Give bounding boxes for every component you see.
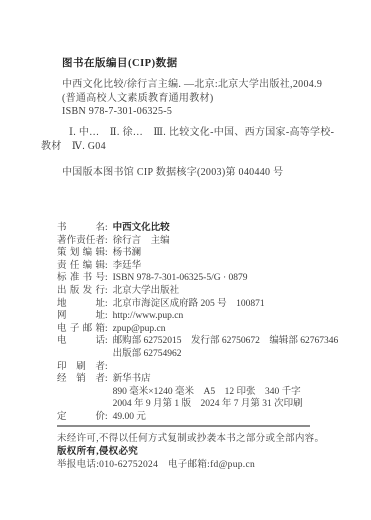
colophon-row-label: 网址 [57, 310, 105, 323]
colophon-list: 书名:中西文化比较著作责任者:徐行言 主编策划编辑:杨书澜责任编辑:李廷华标准书… [57, 222, 338, 424]
colophon-row-colon: : [105, 323, 108, 336]
cip-classification: Ⅰ. 中… Ⅱ. 徐… Ⅲ. 比较文化-中国、西方国家-高等学校- 教材 Ⅳ. … [41, 126, 334, 154]
colophon-row: 电话:邮购部 62752015 发行部 62750672 编辑部 6276734… [57, 335, 338, 348]
cip-classification-line2: 教材 Ⅳ. G04 [41, 140, 334, 154]
colophon-row: :2004 年 9 月第 1 版 2024 年 7 月第 31 次印刷 [57, 398, 338, 411]
colophon-row-colon: : [105, 235, 108, 248]
colophon-row-label: 电话 [57, 335, 105, 348]
colophon-row-colon: : [105, 298, 108, 311]
report-contact-line: 举报电话:010-62752024 电子邮箱:fd@pup.cn [57, 459, 324, 472]
colophon-row-label: 经销者 [57, 373, 105, 386]
colophon-row: 经销者:新华书店 [57, 373, 338, 386]
colophon-row-value: ISBN 978-7-301-06325-5/G · 0879 [113, 273, 248, 283]
colophon-row-label: 书名 [57, 222, 105, 235]
colophon-row-value: 北京市海淀区成府路 205 号 100871 [113, 299, 265, 309]
cip-record-number: 中国版本图书馆 CIP 数据核字(2003)第 040440 号 [62, 163, 283, 178]
footer-notice-block: 未经许可,不得以任何方式复制或抄袭本书之部分或全部内容。 版权所有,侵权必究 举… [57, 433, 324, 471]
colophon-row: 著作责任者:徐行言 主编 [57, 235, 338, 248]
colophon-row: 责任编辑:李廷华 [57, 260, 338, 273]
colophon-row-colon: : [105, 373, 108, 386]
colophon-row-value: 890 毫米×1240 毫米 A5 12 印张 340 千字 [113, 387, 301, 397]
colophon-row: :出版部 62754962 [57, 348, 338, 361]
copy-prohibition-notice: 未经许可,不得以任何方式复制或抄袭本书之部分或全部内容。 [57, 433, 324, 446]
cip-heading: 图书在版编目(CIP)数据 [62, 55, 178, 70]
colophon-row-colon: : [105, 272, 108, 285]
colophon-row-colon: : [105, 310, 108, 323]
rights-reserved-notice: 版权所有,侵权必究 [57, 446, 324, 459]
colophon-row: 网址:http://www.pup.cn [57, 310, 338, 323]
colophon-row: 定价:49.00 元 [57, 411, 338, 424]
colophon-row: 电子邮箱:zpup@pup.cn [57, 323, 338, 336]
colophon-row-value: 49.00 元 [113, 412, 146, 422]
colophon-row-colon: : [105, 222, 108, 235]
colophon-row-value: 2004 年 9 月第 1 版 2024 年 7 月第 31 次印刷 [113, 399, 303, 409]
colophon-row-value: zpup@pup.cn [113, 324, 166, 334]
colophon-row-value: 邮购部 62752015 发行部 62750672 编辑部 62767346 [113, 336, 339, 346]
colophon-row-value: 北京大学出版社 [113, 286, 180, 296]
colophon-row-colon: : [105, 361, 108, 374]
colophon-row-label: 出版发行 [57, 285, 105, 298]
colophon-row-value: http://www.pup.cn [113, 311, 184, 321]
colophon-row-value: 李廷华 [113, 261, 142, 271]
colophon-row-label: 电子邮箱 [57, 323, 105, 336]
colophon-row-label: 责任编辑 [57, 260, 105, 273]
colophon-row-label: 地址 [57, 298, 105, 311]
colophon-row: 地址:北京市海淀区成府路 205 号 100871 [57, 298, 338, 311]
colophon-row-value: 徐行言 主编 [113, 236, 170, 246]
colophon-row-colon: : [105, 285, 108, 298]
colophon-row: :890 毫米×1240 毫米 A5 12 印张 340 千字 [57, 386, 338, 399]
cip-isbn-line: ISBN 978-7-301-06325-5 [62, 105, 322, 119]
colophon-row-colon: : [105, 411, 108, 424]
colophon-row-colon: : [105, 260, 108, 273]
colophon-row-value: 中西文化比较 [113, 223, 170, 233]
cip-description: 中西文化比较/徐行言主编. —北京:北京大学出版社,2004.9 (普通高校人文… [62, 78, 322, 119]
colophon-row: 策划编辑:杨书澜 [57, 247, 338, 260]
colophon-row: 书名:中西文化比较 [57, 222, 338, 235]
colophon-row-label: 著作责任者 [57, 235, 105, 248]
cip-classification-line1: Ⅰ. 中… Ⅱ. 徐… Ⅲ. 比较文化-中国、西方国家-高等学校- [41, 126, 334, 140]
colophon-row-label: 定价 [57, 411, 105, 424]
colophon-row: 印刷者: [57, 361, 338, 374]
colophon-row-label: 标准书号 [57, 272, 105, 285]
colophon-row-value: 新华书店 [113, 374, 151, 384]
colophon-row-label: 印刷者 [57, 361, 105, 374]
cip-series-line: (普通高校人文素质教育通用教材) [62, 92, 322, 106]
colophon-row: 出版发行:北京大学出版社 [57, 285, 338, 298]
colophon-row-value: 杨书澜 [113, 248, 142, 258]
colophon-row: 标准书号:ISBN 978-7-301-06325-5/G · 0879 [57, 272, 338, 285]
colophon-row-colon: : [105, 247, 108, 260]
copyright-page: 图书在版编目(CIP)数据 中西文化比较/徐行言主编. —北京:北京大学出版社,… [0, 0, 371, 520]
colophon-row-label: 策划编辑 [57, 247, 105, 260]
cip-title-line: 中西文化比较/徐行言主编. —北京:北京大学出版社,2004.9 [62, 78, 322, 92]
colophon-row-colon: : [105, 335, 108, 348]
colophon-row-value: 出版部 62754962 [113, 349, 182, 359]
divider-rule [57, 425, 310, 427]
